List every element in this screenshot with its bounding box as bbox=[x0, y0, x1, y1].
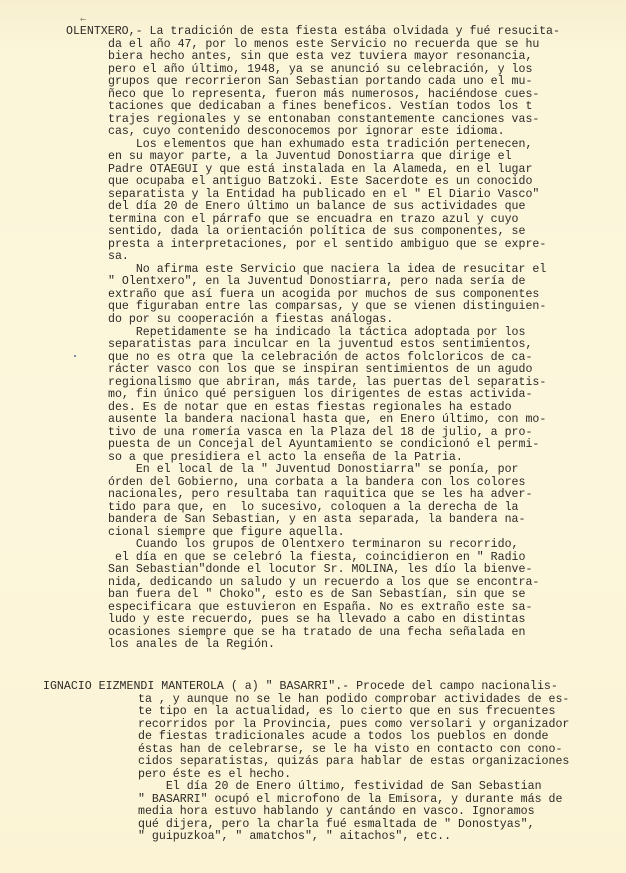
text-line: bandera de San Sebastian, y en asta sepa… bbox=[108, 514, 525, 527]
arrow-mark-icon: ← bbox=[80, 14, 86, 25]
text-line: El día 20 de Enero último, festividad de… bbox=[138, 781, 542, 794]
text-line: te tipo en la actualidad, es lo cierto q… bbox=[138, 706, 555, 719]
text-line: sa. bbox=[108, 251, 129, 264]
text-line: San Sebastian"donde el locutor Sr. MOLIN… bbox=[108, 564, 532, 577]
text-line: los anales de la Región. bbox=[108, 639, 275, 652]
text-line: sentido, dada la orientación política de… bbox=[108, 226, 525, 239]
text-line: ausente la bandera nacional hasta que, e… bbox=[108, 414, 546, 427]
text-line: separatistas para inculcar en la juventu… bbox=[108, 339, 532, 352]
section-heading-line: IGNACIO EIZMENDI MANTEROLA ( a) " BASARR… bbox=[43, 681, 558, 694]
text-line: que figuraban entre las comparsas, y que… bbox=[108, 301, 546, 314]
text-line: rácter vasco con los que se inspiran sen… bbox=[108, 364, 532, 377]
text-line: en su mayor parte, a la Juventud Donosti… bbox=[108, 151, 512, 164]
text-line: ludo y este recuerdo, pues se ha llevado… bbox=[108, 614, 525, 627]
ink-speck bbox=[74, 355, 76, 357]
text-line: mo, fin único qué persiguen los dirigent… bbox=[108, 389, 532, 402]
text-line: ban fuera del " Choko", esto es de San S… bbox=[108, 589, 525, 602]
section-heading-line: OLENTXERO,- La tradición de esta fiesta … bbox=[66, 26, 560, 39]
typewritten-page: ← OLENTXERO,- La tradición de esta fiest… bbox=[0, 0, 626, 873]
text-line: nacionales, pero resultaba tan raquitica… bbox=[108, 489, 532, 502]
text-line: cidos separatistas, quizás para hablar d… bbox=[138, 756, 569, 769]
text-line: cas, cuyo contenido desconocemos por ign… bbox=[108, 126, 505, 139]
text-line: taciones que dedicaban a fines beneficos… bbox=[108, 101, 532, 114]
text-line: " Olentxero", en la Juventud Donostiarra… bbox=[108, 276, 525, 289]
text-line: de fiestas tradicionales acude a todos l… bbox=[138, 731, 549, 744]
text-line: del día 20 de Enero último un balance de… bbox=[108, 201, 525, 214]
text-line: media hora estuvo hablando y cantándo en… bbox=[138, 806, 535, 819]
text-line: do por su cooperación a fiestas análogas… bbox=[108, 314, 393, 327]
text-line: presta a interpretaciones, por el sentid… bbox=[108, 239, 546, 252]
text-line: Cuando los grupos de Olentxero terminaro… bbox=[108, 539, 519, 552]
text-line: que ocupaba el antiguo Batzoki. Este Sac… bbox=[108, 176, 532, 189]
text-line: biera hecho antes, sin que esta vez tuvi… bbox=[108, 51, 532, 64]
text-line: puesta de un Concejal del Ayuntamiento s… bbox=[108, 439, 539, 452]
text-line: En el local de la " Juventud Donostiarra… bbox=[108, 464, 519, 477]
text-line: " guipuzkoa", " amatchos", " aitachos", … bbox=[138, 831, 451, 844]
text-line: grupos que recorrieron San Sebastian por… bbox=[108, 76, 532, 89]
